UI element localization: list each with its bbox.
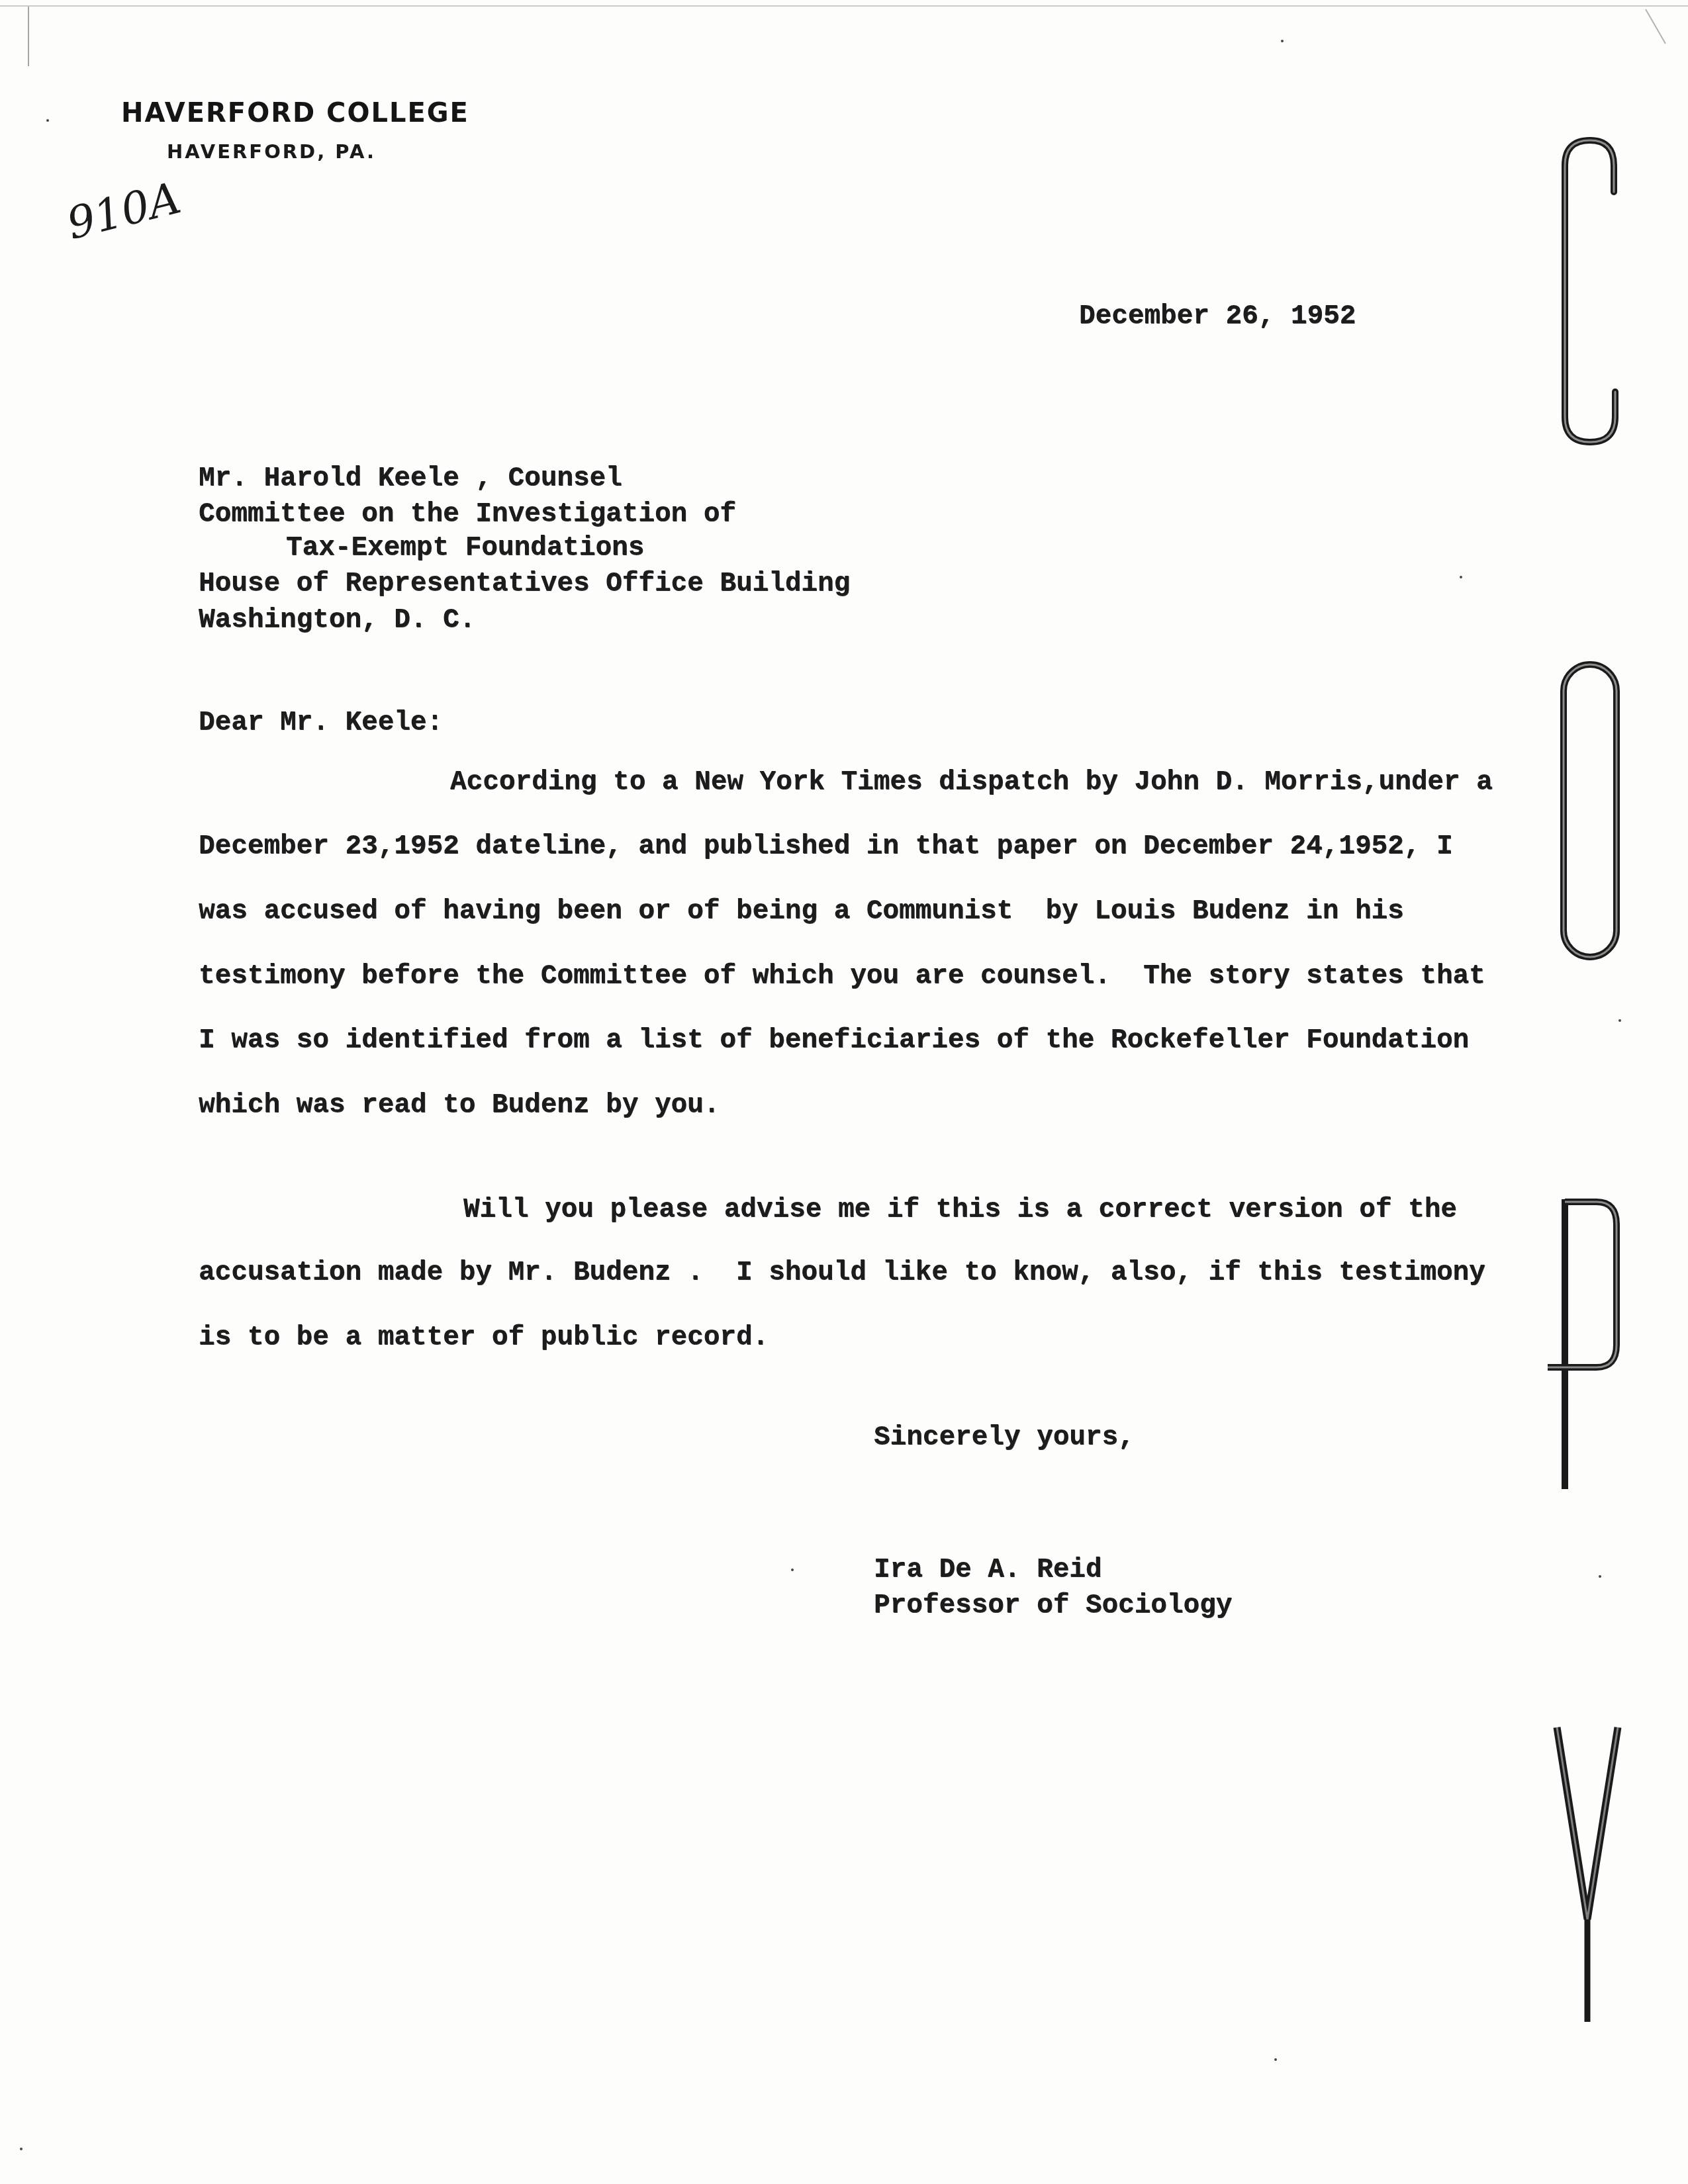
signature-name: Ira De A. Reid xyxy=(874,1557,1102,1584)
body-line: December 23,1952 dateline, and published… xyxy=(199,833,1453,860)
copy-stamp-letter-p xyxy=(1542,1191,1622,1496)
scan-speck xyxy=(791,1569,794,1571)
scan-speck xyxy=(46,119,49,122)
handwritten-reference: 910A xyxy=(62,172,185,250)
copy-stamp-letter-o xyxy=(1556,655,1622,966)
recipient-line: Committee on the Investigation of xyxy=(199,501,736,528)
recipient-line: Washington, D. C. xyxy=(199,607,475,634)
letterhead-location: HAVERFORD, PA. xyxy=(167,140,376,163)
scan-speck xyxy=(20,2148,23,2150)
body-line: accusation made by Mr. Budenz . I should… xyxy=(199,1259,1485,1287)
scan-edge-left xyxy=(28,7,29,66)
body-line: Will you please advise me if this is a c… xyxy=(463,1197,1457,1224)
letterhead-institution: HAVERFORD COLLEGE xyxy=(121,98,469,128)
body-line: is to be a matter of public record. xyxy=(199,1324,769,1351)
letter-date: December 26, 1952 xyxy=(1079,303,1356,330)
salutation: Dear Mr. Keele: xyxy=(199,709,443,737)
body-line: I was so identified from a list of benef… xyxy=(199,1027,1469,1054)
body-line: which was read to Budenz by you. xyxy=(199,1092,720,1119)
recipient-line: House of Representatives Office Building xyxy=(199,570,850,598)
scan-edge-right xyxy=(1645,9,1666,44)
scan-speck xyxy=(1274,2058,1277,2061)
body-line: was accused of having been or of being a… xyxy=(199,898,1404,925)
scan-speck xyxy=(1599,1575,1601,1578)
body-line: According to a New York Times dispatch b… xyxy=(450,769,1493,796)
signature-title: Professor of Sociology xyxy=(874,1592,1232,1619)
scan-speck xyxy=(1618,1019,1621,1022)
scan-speck xyxy=(1460,576,1462,578)
closing: Sincerely yours, xyxy=(874,1424,1135,1451)
body-line: testimony before the Committee of which … xyxy=(199,963,1485,990)
scan-edge-top xyxy=(0,5,1688,7)
copy-stamp-letter-y xyxy=(1549,1721,1628,2025)
letter-page: HAVERFORD COLLEGE HAVERFORD, PA. 910A De… xyxy=(0,0,1688,2184)
scan-speck xyxy=(1281,40,1284,42)
recipient-line: Mr. Harold Keele , Counsel xyxy=(199,465,622,492)
recipient-line: Tax-Exempt Foundations xyxy=(286,535,644,562)
copy-stamp-letter-c xyxy=(1556,132,1622,450)
